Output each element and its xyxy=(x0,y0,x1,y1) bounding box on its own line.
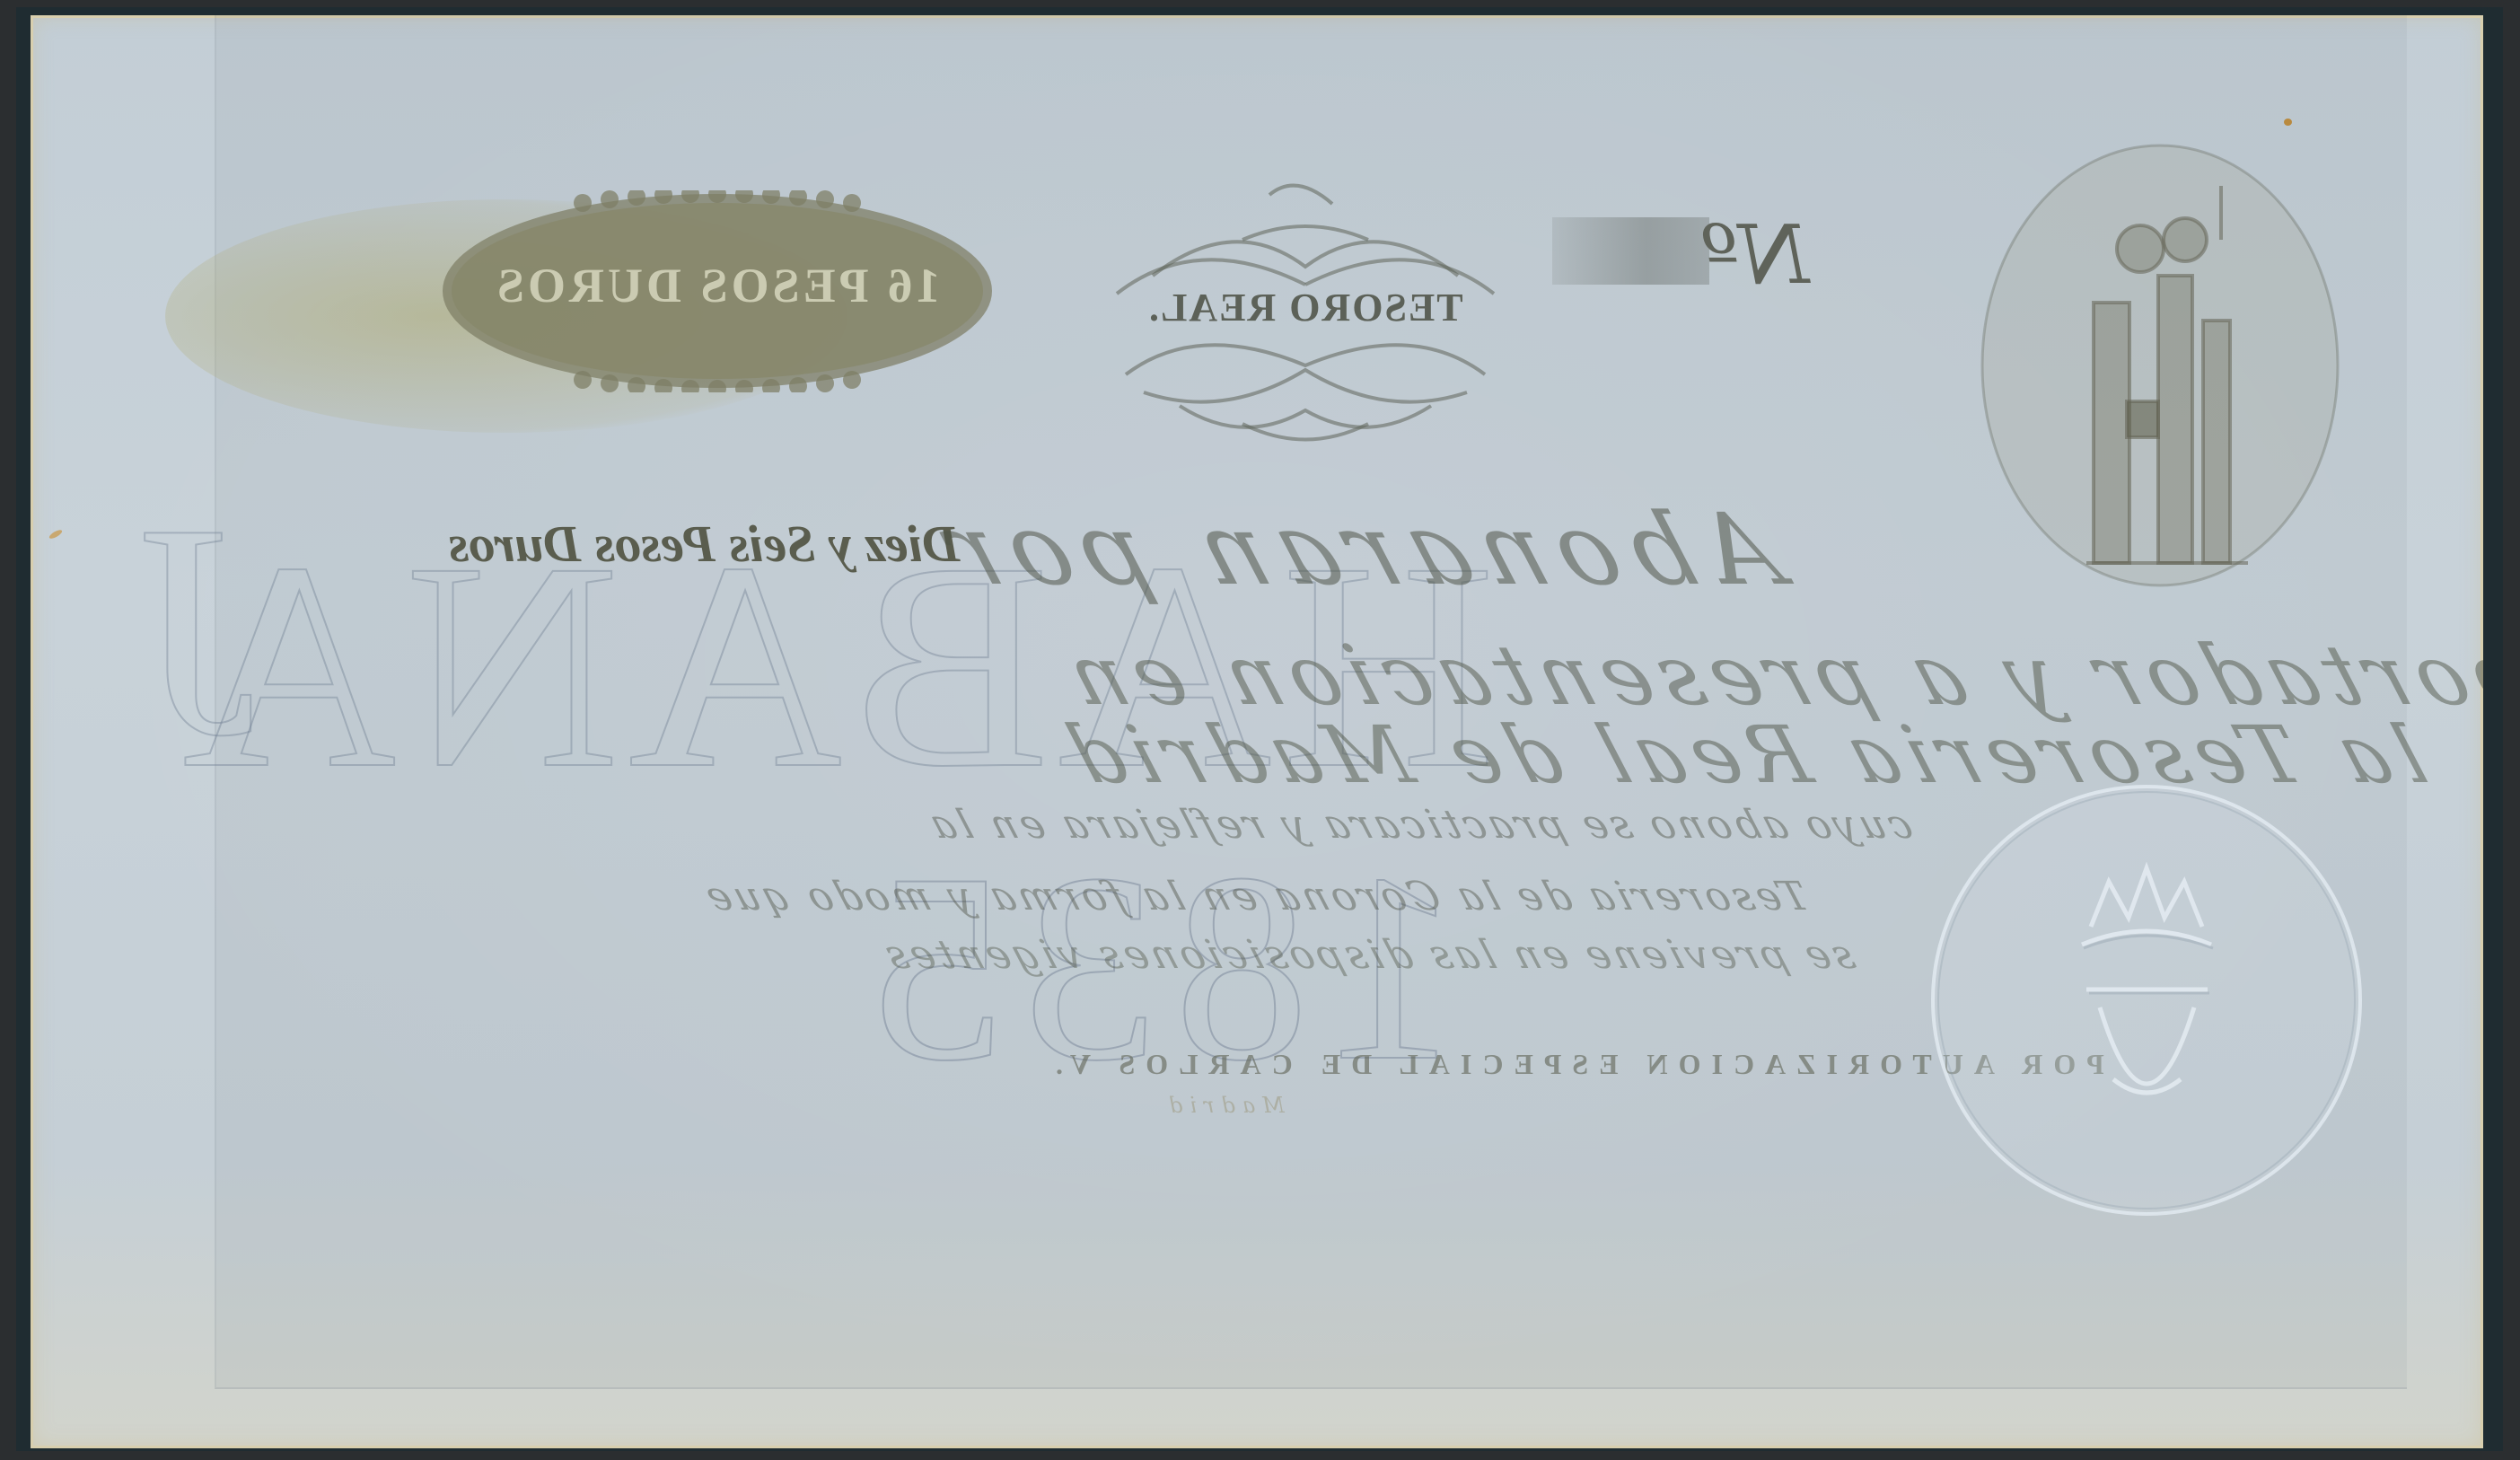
script-line-1: Abonaran por xyxy=(921,500,1791,599)
serial-number-box xyxy=(1552,217,1709,285)
foxing-spot xyxy=(2284,119,2292,126)
authorization-subline: Madrid xyxy=(1162,1093,1285,1118)
denomination-label: 16 PESOS DUROS xyxy=(484,258,951,313)
treasury-title: TESORO REAL. xyxy=(1081,285,1530,330)
embossed-crown-seal-icon xyxy=(1929,783,2365,1218)
script-line-2: al portador y a presentacion en xyxy=(1049,635,2483,717)
script-line-6: se previene en las disposiciones vigente… xyxy=(877,936,1860,975)
number-label: Nº xyxy=(1700,208,1809,303)
foxing-spot xyxy=(48,528,64,540)
banknote-paper: HABANA J 1835 16 PESOS DUROS xyxy=(31,15,2483,1448)
script-line-5: Tesoreria de la Corona en la forma y mod… xyxy=(698,877,1813,917)
amount-in-words: Diez y Seis Pesos Duros xyxy=(448,514,960,574)
figure-vignette-icon xyxy=(1979,141,2342,590)
watermark-leading-letter: J xyxy=(129,478,257,783)
script-line-4: cuyo abono se practicara y reflejara en … xyxy=(922,805,1918,845)
